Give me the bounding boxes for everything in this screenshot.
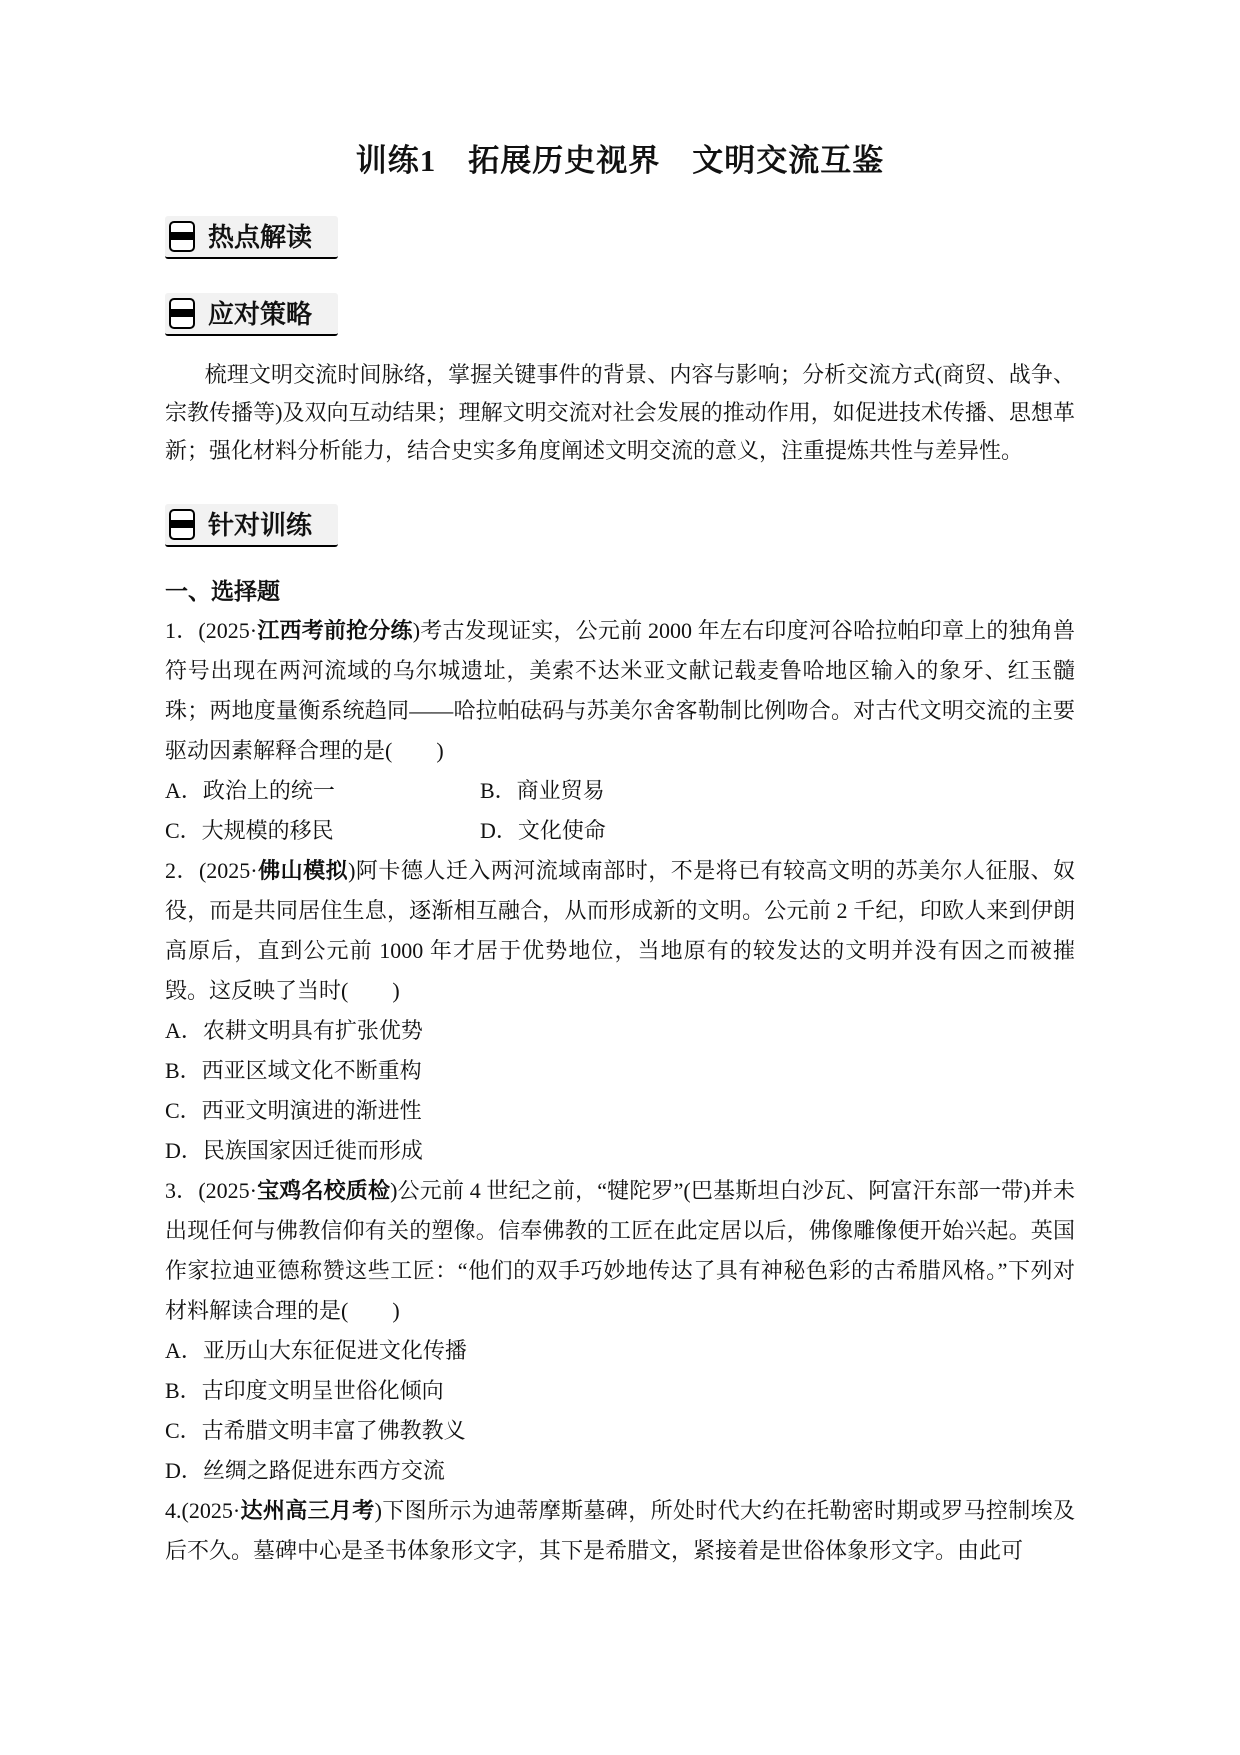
section-training-banner: 针对训练 [165,504,338,547]
option-item: A．亚历山大东征促进文化传播 [165,1331,1075,1371]
question-item-1: 1．(2025·江西考前抢分练)考古发现证实，公元前 2000 年左右印度河谷哈… [165,611,1075,851]
option-item: A．农耕文明具有扩张优势 [165,1011,1075,1051]
section-hotspot: 热点解读 [165,216,1075,259]
option-item: C．西亚文明演进的渐进性 [165,1091,1075,1131]
question-options: A．政治上的统一 B．商业贸易 C．大规模的移民 D．文化使命 [165,771,1075,851]
question-options: A．亚历山大东征促进文化传播 B．古印度文明呈世俗化倾向 C．古希腊文明丰富了佛… [165,1331,1075,1491]
question-source-post: ) [375,1498,382,1523]
section-strategy-banner: 应对策略 [165,293,338,336]
section-hotspot-banner: 热点解读 [165,216,338,259]
page-title: 训练1 拓展历史视界 文明交流互鉴 [165,0,1075,182]
question-stem: 4.(2025·达州高三月考)下图所示为迪蒂摩斯墓碑，所处时代大约在托勒密时期或… [165,1491,1075,1571]
question-source-post: ) [413,618,420,643]
question-source: 佛山模拟 [258,858,348,883]
section-strategy: 应对策略 [165,293,1075,336]
option-item: B．古印度文明呈世俗化倾向 [165,1371,1075,1411]
question-source-pre: (2025· [182,1498,241,1523]
question-number: 1． [165,618,198,643]
question-options: A．农耕文明具有扩张优势 B．西亚区域文化不断重构 C．西亚文明演进的渐进性 D… [165,1011,1075,1171]
question-source: 宝鸡名校质检 [257,1178,390,1203]
option-item: A．政治上的统一 [165,771,480,811]
option-item: D．丝绸之路促进东西方交流 [165,1451,1075,1491]
option-item: C．大规模的移民 [165,811,480,851]
question-item-4: 4.(2025·达州高三月考)下图所示为迪蒂摩斯墓碑，所处时代大约在托勒密时期或… [165,1491,1075,1571]
section-hotspot-label: 热点解读 [208,222,312,252]
strategy-paragraph: 梳理文明交流时间脉络，掌握关键事件的背景、内容与影响；分析交流方式(商贸、战争、… [165,356,1075,470]
section-training: 针对训练 [165,504,1075,547]
option-item: D．民族国家因迁徙而形成 [165,1131,1075,1171]
option-item: B．西亚区域文化不断重构 [165,1051,1075,1091]
question-stem: 1．(2025·江西考前抢分练)考古发现证实，公元前 2000 年左右印度河谷哈… [165,611,1075,771]
question-source: 江西考前抢分练 [257,618,413,643]
section-strategy-label: 应对策略 [208,299,312,329]
question-source-pre: (2025· [199,858,258,883]
question-number: 4. [165,1498,182,1523]
question-source-pre: (2025· [198,1178,257,1203]
book-icon [169,221,195,252]
book-icon [169,298,195,329]
question-source-pre: (2025· [198,618,257,643]
worksheet-page: 训练1 拓展历史视界 文明交流互鉴 热点解读 应对策略 梳理文明交流时间脉络，掌… [0,0,1240,1755]
option-item: C．古希腊文明丰富了佛教教义 [165,1411,1075,1451]
book-icon [169,509,195,540]
question-number: 3． [165,1178,198,1203]
question-number: 2． [165,858,199,883]
choice-questions-heading: 一、选择题 [165,571,1075,611]
question-item-3: 3．(2025·宝鸡名校质检)公元前 4 世纪之前，“犍陀罗”(巴基斯坦白沙瓦、… [165,1171,1075,1491]
question-item-2: 2．(2025·佛山模拟)阿卡德人迁入两河流域南部时，不是将已有较高文明的苏美尔… [165,851,1075,1171]
question-source: 达州高三月考 [240,1498,374,1523]
option-item: D．文化使命 [480,811,1075,851]
option-item: B．商业贸易 [480,771,1075,811]
page-content: 训练1 拓展历史视界 文明交流互鉴 热点解读 应对策略 梳理文明交流时间脉络，掌… [0,0,1240,1571]
question-stem: 2．(2025·佛山模拟)阿卡德人迁入两河流域南部时，不是将已有较高文明的苏美尔… [165,851,1075,1011]
question-stem: 3．(2025·宝鸡名校质检)公元前 4 世纪之前，“犍陀罗”(巴基斯坦白沙瓦、… [165,1171,1075,1331]
section-training-label: 针对训练 [208,510,312,540]
